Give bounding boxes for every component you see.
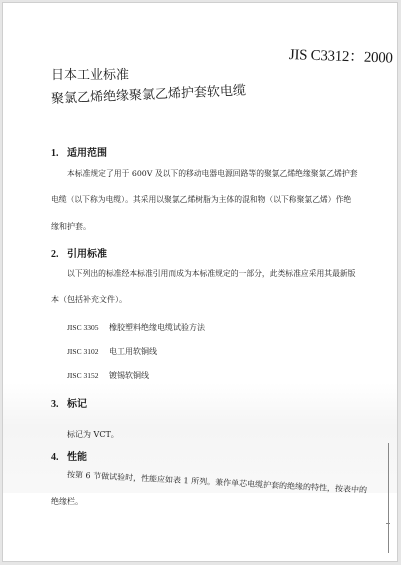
reference-code: JISC 3152 [67,371,109,380]
reference-name: 镀锡软铜线 [109,371,149,380]
section-number: 3. [51,399,67,410]
section-heading-3: 3.标记 [51,395,87,410]
paragraph-line: 本（包括补充文件）。 [51,294,127,305]
document-page: JIS C3312：2000 日本工业标准 聚氯乙烯绝缘聚氯乙烯护套软电缆 1.… [2,2,398,562]
reference-item: JISC 3102电工用软铜线 [67,346,157,357]
document-title: 聚氯乙烯绝缘聚氯乙烯护套软电缆 [51,80,247,107]
reference-name: 电工用软铜线 [109,347,157,356]
section-title: 标记 [67,399,87,410]
reference-item: JISC 3152镀锡软铜线 [67,370,149,381]
reference-item: JISC 3305橡胶塑料绝缘电缆试验方法 [67,322,205,333]
reference-code: JISC 3305 [67,323,109,332]
organization-name: 日本工业标准 [51,64,129,83]
reference-name: 橡胶塑料绝缘电缆试验方法 [109,323,205,332]
paragraph-line: 标记为 VCT。 [67,429,119,440]
reference-code: JISC 3102 [67,347,109,356]
paragraph-line: 缘和护套。 [51,221,91,232]
section-number: 4. [51,452,67,463]
section-heading-2: 2.引用标准 [51,245,107,260]
paragraph-line: 以下列出的标准经本标准引用而成为本标准规定的一部分，此类标准应采用其最新版 [67,268,355,279]
section-title: 引用标准 [67,249,107,260]
section-title: 性能 [67,452,87,463]
section-number: 1. [51,148,67,159]
standard-code: JIS C3312：2000 [289,43,393,68]
paragraph-line: 本标准规定了用于 600V 及以下的移动电器电源回路等的聚氯乙烯绝缘聚氯乙烯护套 [67,168,358,179]
section-heading-1: 1.适用范围 [51,144,107,159]
scan-edge-tick [386,523,390,524]
section-heading-4: 4.性能 [51,448,87,463]
scan-edge-line [388,443,389,553]
paragraph-line: 电缆（以下称为电缆）。其采用以聚氯乙烯树脂为主体的混和物（以下称聚氯乙烯）作绝 [51,194,351,205]
section-number: 2. [51,249,67,260]
section-title: 适用范围 [67,148,107,159]
paragraph-line: 绝缘栏。 [51,496,83,507]
